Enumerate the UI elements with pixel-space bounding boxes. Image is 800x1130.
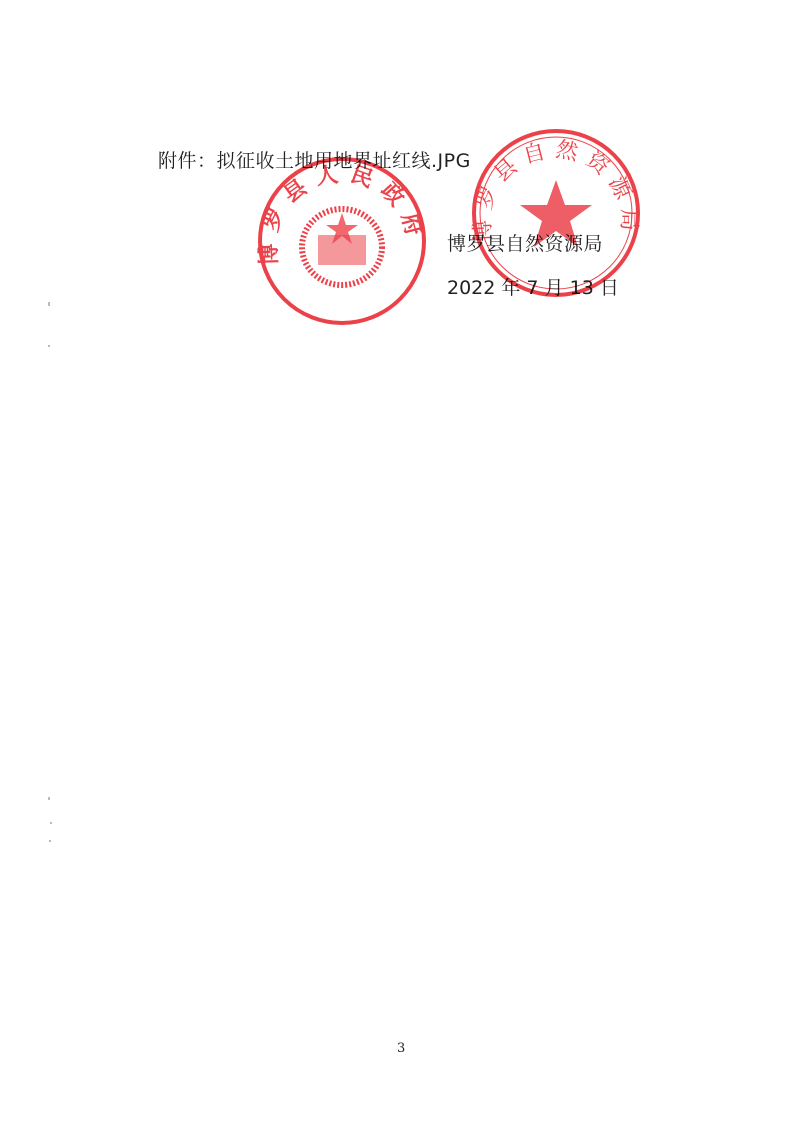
scan-artifact	[48, 797, 50, 800]
star-icon	[520, 180, 592, 247]
scan-artifact	[49, 840, 51, 842]
scan-artifact	[48, 302, 50, 306]
national-emblem-icon	[302, 209, 382, 285]
page-number: 3	[397, 1041, 405, 1056]
government-seal: 博罗县人民政府	[256, 155, 428, 327]
bureau-seal: 博罗县自然资源局	[470, 128, 642, 298]
scan-artifact	[50, 822, 52, 824]
scan-artifact	[48, 345, 50, 347]
